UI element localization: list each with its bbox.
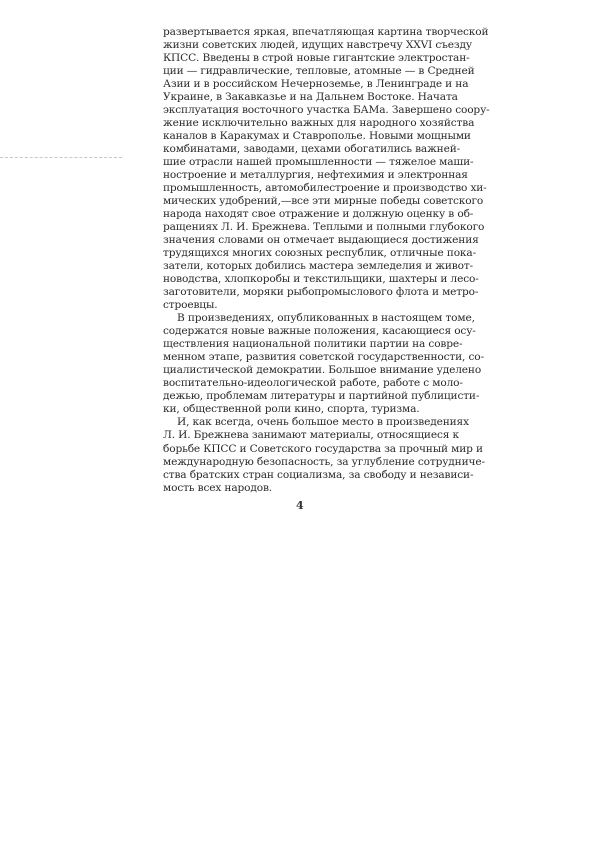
text-line: новодства, хлопкоробы и текстильщики, ша… [163,273,442,286]
text-line: дежью, проблемам литературы и партийной … [163,390,442,403]
text-line: воспитательно-идеологической работе, раб… [163,377,442,390]
text-line: менном этапе, развития советской государ… [163,351,442,364]
text-line: ращениях Л. И. Брежнева. Теплыми и полны… [163,221,442,234]
text-line: промышленность, автомобилестроение и про… [163,182,442,195]
scan-artifact-line [0,157,122,158]
text-line: В произведениях, опубликованных в настоя… [163,312,442,325]
text-line: жение исключительно важных для народного… [163,117,442,130]
paragraph-2: В произведениях, опубликованных в настоя… [163,312,442,416]
text-line: КПСС. Введены в строй новые гигантские э… [163,52,442,65]
text-line: шие отрасли нашей промышленности — тяжел… [163,156,442,169]
text-line: ки, общественной роли кино, спорта, тури… [163,403,442,416]
text-line: жизни советских людей, идущих навстречу … [163,39,442,52]
text-line: Украине, в Закавказье и на Дальнем Восто… [163,91,442,104]
text-line: трудящихся многих союзных республик, отл… [163,247,442,260]
text-line: мость всех народов. [163,482,442,495]
text-line: ства братских стран социализма, за свобо… [163,469,442,482]
text-line: Л. И. Брежнева занимают материалы, относ… [163,429,442,442]
text-line: ции — гидравлические, тепловые, атомные … [163,65,442,78]
text-line: развертывается яркая, впечатляющая карти… [163,26,442,39]
document-body: развертывается яркая, впечатляющая карти… [163,26,442,495]
text-line: И, как всегда, очень большое место в про… [163,416,442,429]
text-line: заготовители, моряки рыбопромыслового фл… [163,286,442,299]
text-line: мических удобрений,—все эти мирные побед… [163,195,442,208]
text-line: затели, которых добились мастера земледе… [163,260,442,273]
text-line: комбинатами, заводами, цехами обогатилис… [163,143,442,156]
text-line: ностроение и металлургия, нефтехимия и э… [163,169,442,182]
text-line: Азии и в российском Нечерноземье, в Лени… [163,78,442,91]
text-line: ществления национальной политики партии … [163,338,442,351]
text-line: эксплуатация восточного участка БАМа. За… [163,104,442,117]
text-line: борьбе КПСС и Советского государства за … [163,443,442,456]
text-line: содержатся новые важные положения, касаю… [163,325,442,338]
page-number: 4 [296,499,304,512]
paragraph-1: развертывается яркая, впечатляющая карти… [163,26,442,312]
text-line: значения словами он отмечает выдающиеся … [163,234,442,247]
text-line: каналов в Каракумах и Ставрополье. Новым… [163,130,442,143]
paragraph-3: И, как всегда, очень большое место в про… [163,416,442,494]
text-line: народа находят свое отражение и должную … [163,208,442,221]
text-line: международную безопасность, за углублени… [163,456,442,469]
text-line: циалистической демократии. Большое внима… [163,364,442,377]
text-line: строевцы. [163,299,442,312]
